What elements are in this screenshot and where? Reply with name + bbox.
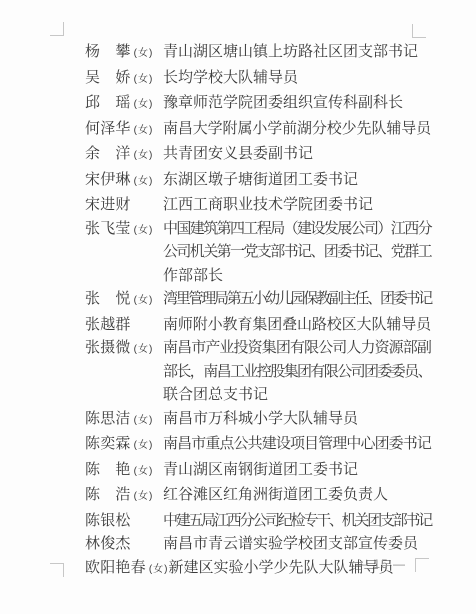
entry-name: 陈 浩 bbox=[85, 486, 131, 503]
entry-position: 南昌市产业投资集团有限公司人力资源部副部长，南昌工业控股集团有限公司团委委员、联… bbox=[163, 336, 431, 407]
position-line: 东湖区墩子塘街道团工委书记 bbox=[163, 168, 431, 192]
roster-entry: 吴 娇(女) 长均学校大队辅导员 bbox=[85, 66, 445, 92]
entry-name: 陈思洁 bbox=[85, 410, 131, 427]
entry-position: 中国建筑第四工程局（建设发展公司）江西分公司机关第一党支部书记、团委书记、党群工… bbox=[163, 217, 431, 288]
position-line: 公司机关第一党支部书记、团委书记、党群工 bbox=[163, 240, 431, 264]
entry-position: 南昌大学附属小学前湖分校少先队辅导员 bbox=[163, 117, 431, 141]
entry-gender-label: (女) bbox=[134, 295, 154, 306]
roster-entry: 何泽华(女) 南昌大学附属小学前湖分校少先队辅导员 bbox=[85, 117, 445, 143]
entry-name: 陈奕霖 bbox=[85, 435, 131, 452]
position-line: 中国建筑第四工程局（建设发展公司）江西分 bbox=[163, 217, 431, 241]
entry-gender-label: (女) bbox=[149, 564, 169, 575]
position-line: 长均学校大队辅导员 bbox=[163, 66, 431, 90]
position-line: 南昌大学附属小学前湖分校少先队辅导员 bbox=[163, 117, 431, 141]
entry-position: 青山湖区南钢街道团工委书记 bbox=[163, 458, 431, 482]
entry-name-block: 杨 攀(女) bbox=[85, 40, 163, 66]
entry-position: 中建五局江西分公司纪检专干、机关团支部书记 bbox=[163, 509, 431, 533]
entry-name-block: 陈银松 bbox=[85, 509, 163, 533]
entry-name-block: 陈奕霖(女) bbox=[85, 432, 163, 458]
roster-entry: 杨 攀(女) 青山湖区塘山镇上坊路社区团支部书记 bbox=[85, 40, 445, 66]
entry-gender-label: (女) bbox=[134, 74, 154, 85]
entry-name: 何泽华 bbox=[85, 120, 131, 137]
position-line: 中建五局江西分公司纪检专干、机关团支部书记 bbox=[163, 509, 431, 533]
roster-entry: 余 洋(女) 共青团安义县委副书记 bbox=[85, 142, 445, 168]
entry-name-block: 宋伊琳(女) bbox=[85, 168, 163, 194]
entry-name: 邱 瑶 bbox=[85, 94, 131, 111]
position-line: 湾里管理局第五小幼儿园保教副主任、团委书记 bbox=[163, 287, 431, 311]
entry-name-block: 林俊杰 bbox=[85, 532, 163, 556]
position-line: 共青团安义县委副书记 bbox=[163, 142, 431, 166]
position-line: 青山湖区南钢街道团工委书记 bbox=[163, 458, 431, 482]
entry-name: 余 洋 bbox=[85, 145, 131, 162]
entry-gender-label: (女) bbox=[134, 225, 154, 236]
position-line: 南师附小教育集团叠山路校区大队辅导员 bbox=[163, 313, 431, 337]
roster-entry: 张飞莹(女) 中国建筑第四工程局（建设发展公司）江西分公司机关第一党支部书记、团… bbox=[85, 217, 445, 288]
entry-position: 南昌市重点公共建设项目管理中心团委书记 bbox=[163, 432, 431, 456]
text-boundary-mark-top-left bbox=[50, 22, 64, 36]
entry-position: 东湖区墩子塘街道团工委书记 bbox=[163, 168, 431, 192]
entry-position: 共青团安义县委副书记 bbox=[163, 142, 431, 166]
entry-name-block: 陈 艳(女) bbox=[85, 458, 163, 484]
entry-position: 湾里管理局第五小幼儿园保教副主任、团委书记 bbox=[163, 287, 431, 311]
entry-name-block: 张越群 bbox=[85, 313, 163, 337]
entry-name-block: 张 悦(女) bbox=[85, 287, 163, 313]
entry-name: 张摄微 bbox=[85, 339, 131, 356]
entry-name: 张 悦 bbox=[85, 290, 131, 307]
entry-name: 吴 娇 bbox=[85, 69, 131, 86]
entry-gender-label: (女) bbox=[134, 99, 154, 110]
position-line: 南昌市青云谱实验学校团支部宣传委员 bbox=[163, 532, 431, 556]
honor-roster-list: 杨 攀(女) 青山湖区塘山镇上坊路社区团支部书记 吴 娇(女) 长均学校大队辅导… bbox=[85, 40, 445, 581]
entry-name: 宋进财 bbox=[85, 196, 131, 213]
roster-entry: 陈思洁(女) 南昌市万科城小学大队辅导员 bbox=[85, 407, 445, 433]
entry-name-block: 张摄微(女) bbox=[85, 336, 163, 362]
roster-entry: 陈 浩(女) 红谷滩区红角洲街道团工委负责人 bbox=[85, 483, 445, 509]
entry-gender-label: (女) bbox=[134, 125, 154, 136]
position-line: 青山湖区塘山镇上坊路社区团支部书记 bbox=[163, 40, 431, 64]
entry-gender-label: (女) bbox=[134, 440, 154, 451]
position-line: 联合团总支书记 bbox=[163, 383, 431, 407]
position-line: 南昌市万科城小学大队辅导员 bbox=[163, 407, 431, 431]
position-line: 红谷滩区红角洲街道团工委负责人 bbox=[163, 483, 431, 507]
position-line: 豫章师范学院团委组织宣传科副科长 bbox=[163, 91, 431, 115]
entry-name: 陈银松 bbox=[85, 512, 131, 529]
entry-position: 豫章师范学院团委组织宣传科副科长 bbox=[163, 91, 431, 115]
entry-gender-label: (女) bbox=[134, 415, 154, 426]
page-number: — 15 — bbox=[350, 556, 412, 572]
text-boundary-mark-top-right bbox=[412, 24, 426, 38]
entry-name: 张越群 bbox=[85, 316, 131, 333]
roster-entry: 陈奕霖(女) 南昌市重点公共建设项目管理中心团委书记 bbox=[85, 432, 445, 458]
entry-name: 杨 攀 bbox=[85, 43, 131, 60]
entry-name-block: 余 洋(女) bbox=[85, 142, 163, 168]
entry-gender-label: (女) bbox=[134, 150, 154, 161]
position-line: 南昌市重点公共建设项目管理中心团委书记 bbox=[163, 432, 431, 456]
position-line: 江西工商职业技术学院团委书记 bbox=[163, 193, 431, 217]
entry-position: 南昌市万科城小学大队辅导员 bbox=[163, 407, 431, 431]
entry-gender-label: (女) bbox=[134, 344, 154, 355]
roster-entry: 宋进财 江西工商职业技术学院团委书记 bbox=[85, 193, 445, 217]
roster-entry: 张越群 南师附小教育集团叠山路校区大队辅导员 bbox=[85, 313, 445, 337]
entry-position: 红谷滩区红角洲街道团工委负责人 bbox=[163, 483, 431, 507]
entry-gender-label: (女) bbox=[134, 176, 154, 187]
roster-entry: 邱 瑶(女) 豫章师范学院团委组织宣传科副科长 bbox=[85, 91, 445, 117]
entry-name: 欧阳艳春 bbox=[85, 559, 146, 576]
entry-name: 林俊杰 bbox=[85, 535, 131, 552]
entry-name-block: 宋进财 bbox=[85, 193, 163, 217]
entry-name-block: 邱 瑶(女) bbox=[85, 91, 163, 117]
text-boundary-mark-bottom-left bbox=[50, 563, 64, 577]
position-line: 作部部长 bbox=[163, 264, 431, 288]
entry-gender-label: (女) bbox=[134, 48, 154, 59]
roster-entry: 陈 艳(女) 青山湖区南钢街道团工委书记 bbox=[85, 458, 445, 484]
position-line: 部长，南昌工业控股集团有限公司团委委员、 bbox=[163, 360, 431, 384]
entry-name: 宋伊琳 bbox=[85, 171, 131, 188]
roster-entry: 宋伊琳(女) 东湖区墩子塘街道团工委书记 bbox=[85, 168, 445, 194]
entry-position: 南师附小教育集团叠山路校区大队辅导员 bbox=[163, 313, 431, 337]
entry-name-block: 欧阳艳春(女) bbox=[85, 556, 168, 582]
entry-gender-label: (女) bbox=[134, 491, 154, 502]
entry-position: 南昌市青云谱实验学校团支部宣传委员 bbox=[163, 532, 431, 556]
entry-position: 青山湖区塘山镇上坊路社区团支部书记 bbox=[163, 40, 431, 64]
position-line: 南昌市产业投资集团有限公司人力资源部副 bbox=[163, 336, 431, 360]
entry-position: 长均学校大队辅导员 bbox=[163, 66, 431, 90]
entry-position: 江西工商职业技术学院团委书记 bbox=[163, 193, 431, 217]
roster-entry: 陈银松 中建五局江西分公司纪检专干、机关团支部书记 bbox=[85, 509, 445, 533]
document-page: 杨 攀(女) 青山湖区塘山镇上坊路社区团支部书记 吴 娇(女) 长均学校大队辅导… bbox=[0, 0, 476, 614]
entry-name: 张飞莹 bbox=[85, 220, 131, 237]
entry-name: 陈 艳 bbox=[85, 461, 131, 478]
entry-name-block: 张飞莹(女) bbox=[85, 217, 163, 243]
entry-gender-label: (女) bbox=[134, 466, 154, 477]
roster-entry: 张摄微(女) 南昌市产业投资集团有限公司人力资源部副部长，南昌工业控股集团有限公… bbox=[85, 336, 445, 407]
entry-name-block: 陈思洁(女) bbox=[85, 407, 163, 433]
entry-name-block: 陈 浩(女) bbox=[85, 483, 163, 509]
entry-name-block: 吴 娇(女) bbox=[85, 66, 163, 92]
entry-name-block: 何泽华(女) bbox=[85, 117, 163, 143]
roster-entry: 张 悦(女) 湾里管理局第五小幼儿园保教副主任、团委书记 bbox=[85, 287, 445, 313]
roster-entry: 林俊杰 南昌市青云谱实验学校团支部宣传委员 bbox=[85, 532, 445, 556]
